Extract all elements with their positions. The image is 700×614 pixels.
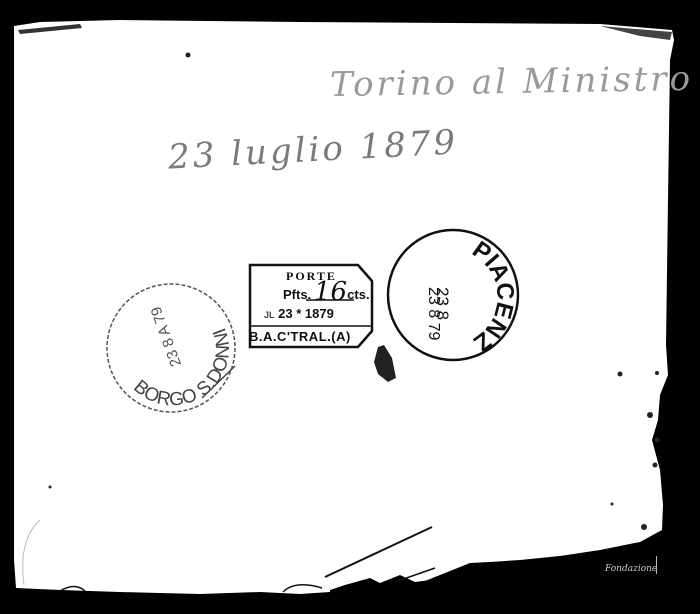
amount-prefix: Pfts. bbox=[283, 287, 311, 302]
postage-due-stamp: PORTE Pfts.cts. 16 JL 23 * 1879 B.A.C'TR… bbox=[246, 263, 374, 349]
handwritten-amount: 16 bbox=[314, 277, 347, 307]
postmark-piacenza: PIACENZA 23 8 23 8 79 bbox=[383, 227, 523, 367]
watermark-text: Fondazione bbox=[605, 564, 657, 574]
handwritten-address-line: Torino al Ministro bbox=[330, 59, 694, 105]
postmark-date-2: 23 8 79 bbox=[425, 287, 442, 340]
date-value: 23 * 1879 bbox=[278, 306, 334, 321]
postmark-date: 23 8 A 79 bbox=[148, 304, 185, 369]
postmark-borgo: BORGO S.DONNINO 23 8 A 79 bbox=[102, 280, 242, 420]
postage-due-office: B.A.C'TRAL.(A) bbox=[249, 329, 351, 344]
amount-suffix: cts. bbox=[347, 287, 369, 302]
date-prefix: JL bbox=[264, 310, 275, 320]
postage-due-date: JL 23 * 1879 bbox=[264, 306, 334, 321]
